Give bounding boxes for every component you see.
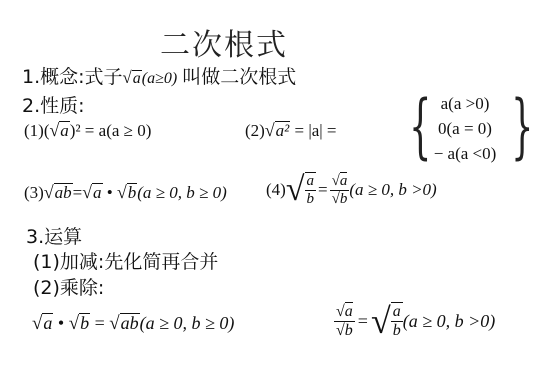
property-3: (3)√ab=√a • √b(a ≥ 0, b ≥ 0) bbox=[24, 182, 227, 203]
case-zero: 0(a = 0) bbox=[422, 119, 508, 139]
properties-heading: 2.性质: bbox=[22, 91, 85, 118]
division-rule: √a√b = √ab (a ≥ 0, b >0) bbox=[334, 302, 495, 341]
concept-suffix: 叫做二次根式 bbox=[182, 66, 296, 88]
case-negative: − a(a <0) bbox=[422, 144, 508, 164]
concept-line: 1.概念:式子√a(a≥0) 叫做二次根式 bbox=[22, 62, 296, 89]
concept-prefix: 1.概念:式子 bbox=[22, 66, 123, 88]
operations-heading: 3.运算 bbox=[26, 222, 82, 249]
slide-title: 二次根式 bbox=[160, 20, 288, 64]
operations-add-subtract: (1)加减:先化简再合并 bbox=[33, 247, 218, 274]
concept-expression: √a(a≥0) bbox=[123, 70, 178, 87]
case-positive: a(a >0) bbox=[422, 94, 508, 114]
property-2: (2)√a² = |a| = bbox=[245, 120, 337, 141]
property-1: (1)(√a)² = a(a ≥ 0) bbox=[24, 120, 151, 141]
multiplication-rule: √a • √b = √ab(a ≥ 0, b ≥ 0) bbox=[32, 313, 234, 335]
right-brace: } bbox=[511, 88, 533, 164]
absolute-value-cases: { a(a >0) 0(a = 0) − a(a <0) } bbox=[404, 92, 520, 168]
operations-multiply-divide: (2)乘除: bbox=[33, 273, 104, 300]
property-4: (4) √ab = √a√b (a ≥ 0, b >0) bbox=[266, 172, 437, 209]
